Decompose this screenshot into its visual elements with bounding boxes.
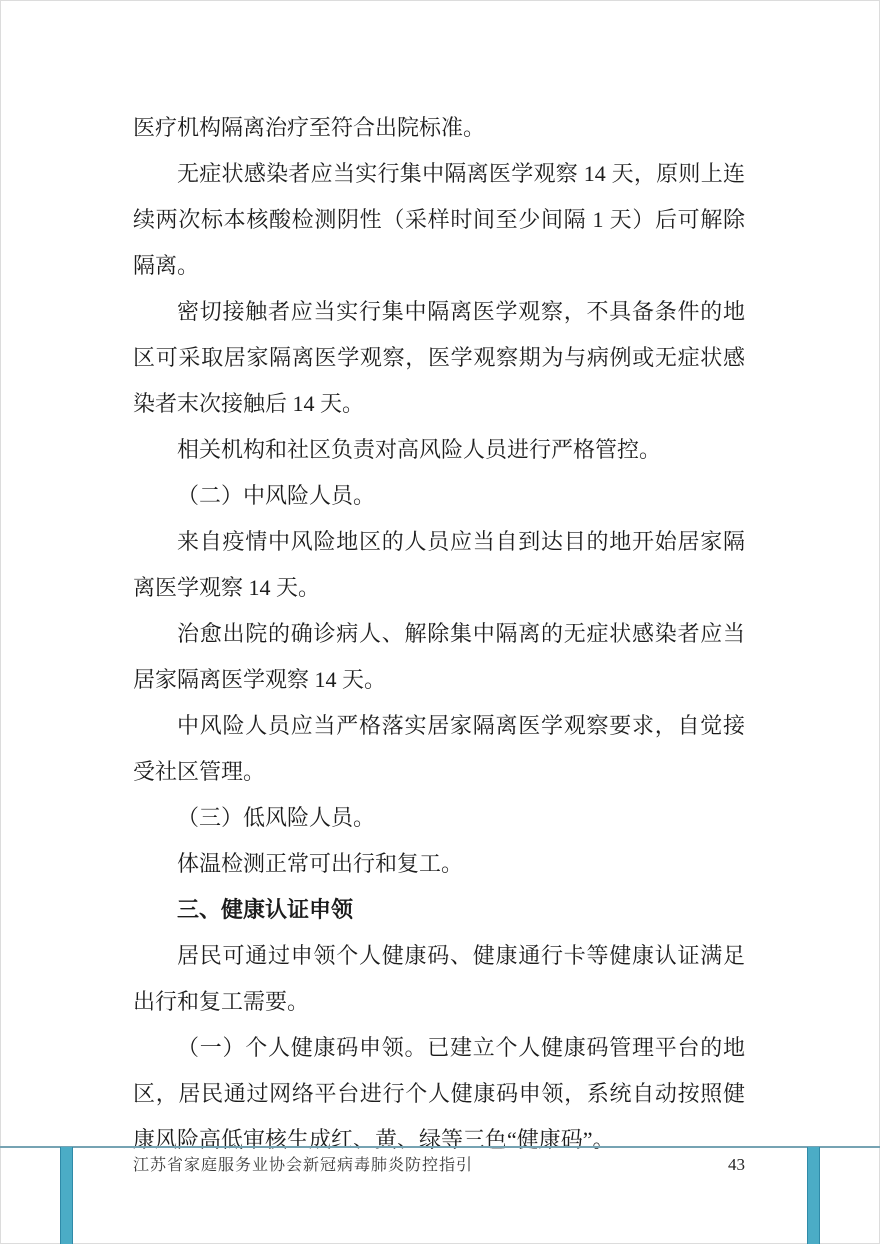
paragraph: 体温检测正常可出行和复工。 bbox=[133, 841, 745, 887]
page-number: 43 bbox=[728, 1155, 745, 1175]
paragraph: 医疗机构隔离治疗至符合出院标准。 bbox=[133, 105, 745, 151]
footer: 江苏省家庭服务业协会新冠病毒肺炎防控指引 43 bbox=[133, 1152, 745, 1175]
paragraph: 中风险人员应当严格落实居家隔离医学观察要求，自觉接受社区管理。 bbox=[133, 703, 745, 795]
section-heading: 三、健康认证申领 bbox=[133, 887, 745, 933]
paragraph: 治愈出院的确诊病人、解除集中隔离的无症状感染者应当居家隔离医学观察 14 天。 bbox=[133, 611, 745, 703]
paragraph: 无症状感染者应当实行集中隔离医学观察 14 天，原则上连续两次标本核酸检测阴性（… bbox=[133, 151, 745, 289]
left-accent-bar bbox=[60, 1147, 73, 1244]
footer-rule bbox=[0, 1146, 880, 1148]
right-accent-bar bbox=[807, 1147, 820, 1244]
paragraph: （一）个人健康码申领。已建立个人健康码管理平台的地区，居民通过网络平台进行个人健… bbox=[133, 1025, 745, 1163]
footer-title: 江苏省家庭服务业协会新冠病毒肺炎防控指引 bbox=[133, 1152, 473, 1175]
paragraph: 居民可通过申领个人健康码、健康通行卡等健康认证满足出行和复工需要。 bbox=[133, 933, 745, 1025]
paragraph: 密切接触者应当实行集中隔离医学观察，不具备条件的地区可采取居家隔离医学观察，医学… bbox=[133, 289, 745, 427]
paragraph: 来自疫情中风险地区的人员应当自到达目的地开始居家隔离医学观察 14 天。 bbox=[133, 519, 745, 611]
paragraph: 相关机构和社区负责对高风险人员进行严格管控。 bbox=[133, 427, 745, 473]
document-page: 医疗机构隔离治疗至符合出院标准。 无症状感染者应当实行集中隔离医学观察 14 天… bbox=[0, 0, 880, 1244]
subsection-label: （三）低风险人员。 bbox=[133, 795, 745, 841]
document-body: 医疗机构隔离治疗至符合出院标准。 无症状感染者应当实行集中隔离医学观察 14 天… bbox=[133, 105, 745, 1163]
subsection-label: （二）中风险人员。 bbox=[133, 473, 745, 519]
